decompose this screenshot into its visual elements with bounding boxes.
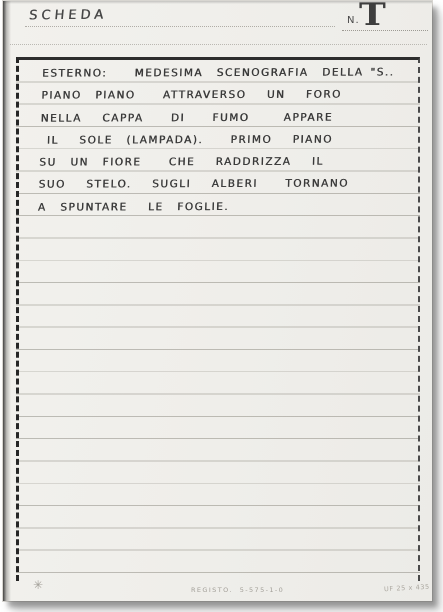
note-line: IL SOLE (LAMPADA). PRIMO PIANO xyxy=(40,127,415,151)
note-line: NELLA CAPPA DI FUMO APPARE xyxy=(40,105,415,129)
note-line: PIANO PIANO ATTRAVERSO UN FORO xyxy=(41,83,416,107)
note-line: A SPUNTARE LE FOGLIE. xyxy=(38,194,413,218)
registry-print-text: REGISTO. 5-575-1-0 xyxy=(191,586,284,593)
notes-box: ESTERNO: MEDESIMA SCENOGRAFIA DELLA "S..… xyxy=(16,57,420,581)
scan-left-edge-shadow xyxy=(3,1,11,601)
number-underline xyxy=(342,30,428,31)
header-separator-line xyxy=(10,44,427,45)
paper-page: SCHEDA N. T ESTERNO: MEDESIMA SCENOGRAFI… xyxy=(3,1,432,601)
note-line: SUO STELO. SUGLI ALBERI TORNANO xyxy=(38,172,413,196)
number-stamp-t: T xyxy=(359,0,386,30)
scanned-document-screenshot: SCHEDA N. T ESTERNO: MEDESIMA SCENOGRAFI… xyxy=(0,0,443,612)
note-line: SU UN FIORE CHE RADDRIZZA IL xyxy=(39,150,414,174)
handwritten-note: ESTERNO: MEDESIMA SCENOGRAFIA DELLA "S..… xyxy=(38,60,417,217)
page-title: SCHEDA xyxy=(28,8,108,24)
emblem-stamp-icon: ✳ xyxy=(33,578,43,592)
note-line: ESTERNO: MEDESIMA SCENOGRAFIA DELLA "S.. xyxy=(42,60,417,84)
number-label: N. xyxy=(347,15,360,26)
format-print-text: UF 25 x 435 xyxy=(384,583,430,593)
header-underline xyxy=(25,26,335,27)
